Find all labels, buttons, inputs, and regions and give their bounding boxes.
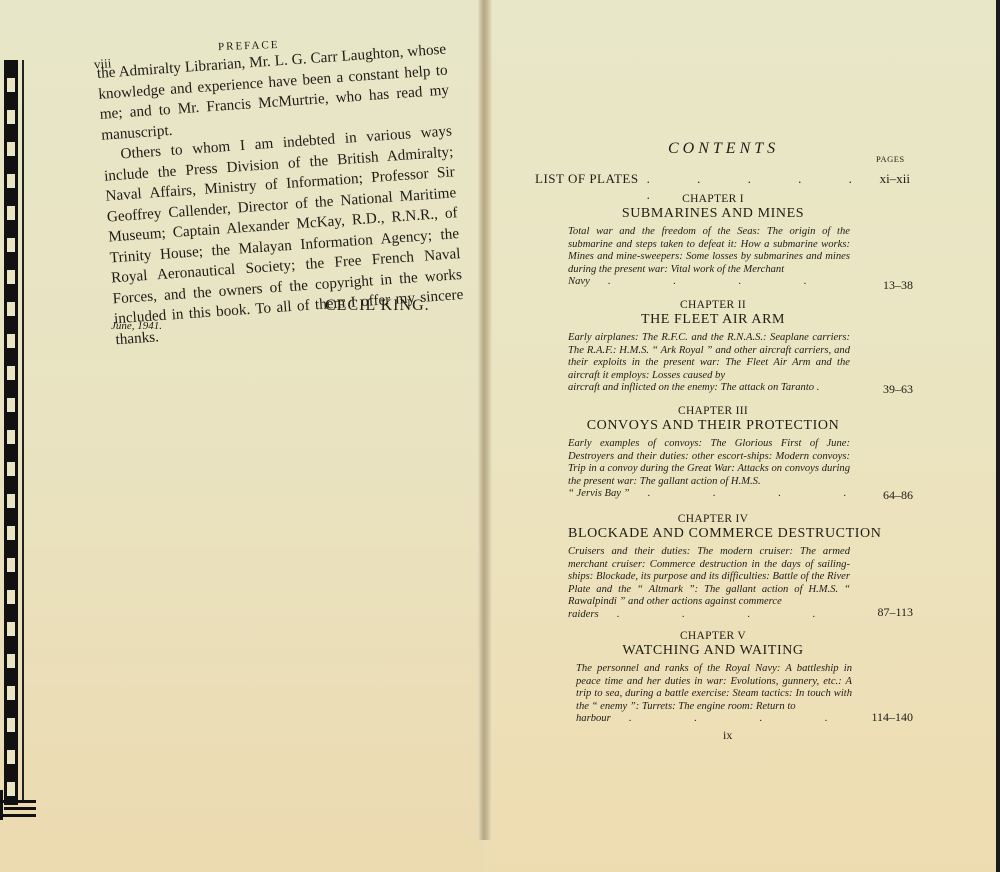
chapter-pages: 114–140 [871,710,913,725]
toc-chapter-5: CHAPTER V WATCHING AND WAITING The perso… [568,630,913,725]
chapter-number: CHAPTER I [568,193,858,205]
toc-chapter-1: CHAPTER I SUBMARINES AND MINES Total war… [568,193,913,293]
author-signature: CECIL KING. [325,297,430,315]
book-gutter [478,0,492,840]
dot-leader: . . . . . . [590,276,850,289]
border-corner-rule [4,807,36,810]
page-number-right: ix [723,728,732,743]
toc-chapter-2: CHAPTER II THE FLEET AIR ARM Early airpl… [568,299,913,397]
page-edge-shadow [996,0,1000,872]
chapter-title: THE FLEET AIR ARM [568,312,858,328]
chapter-title: CONVOYS AND THEIR PROTECTION [568,418,858,434]
chapter-description: Total war and the freedom of the Seas: T… [568,226,850,289]
preface-date: June, 1941. [111,320,162,332]
toc-chapter-3: CHAPTER III CONVOYS AND THEIR PROTECTION… [568,405,913,503]
dot-leader: . . . . . [611,713,852,726]
pages-column-label: PAGES [876,154,905,164]
contents-title: CONTENTS [668,140,779,158]
chapter-pages: 87–113 [877,605,913,620]
chapter-number: CHAPTER III [568,405,858,417]
chapter-pages: 64–86 [883,488,913,503]
checkered-border-strip [4,60,18,805]
chapter-title: SUBMARINES AND MINES [568,206,858,222]
dot-leader [819,382,850,395]
chapter-title: BLOCKADE AND COMMERCE DESTRUCTION [568,526,886,542]
chapter-number: CHAPTER IV [568,513,858,525]
chapter-description: Cruisers and their duties: The modern cr… [568,546,850,622]
chapter-pages: 39–63 [883,382,913,397]
border-rule [22,60,24,800]
chapter-title: WATCHING AND WAITING [568,643,858,659]
border-corner-rule [0,814,36,817]
toc-chapter-4: CHAPTER IV BLOCKADE AND COMMERCE DESTRUC… [568,513,913,620]
chapter-number: CHAPTER V [568,630,858,642]
chapter-description: The personnel and ranks of the Royal Nav… [576,663,852,726]
chapter-number: CHAPTER II [568,299,858,311]
border-corner-rule [0,800,36,803]
dot-leader: . . . . . [630,488,851,501]
preface-paragraph: Others to whom I am indebted in various … [102,121,465,350]
chapter-pages: 13–38 [883,278,913,293]
chapter-description: Early airplanes: The R.F.C. and the R.N.… [568,332,850,395]
chapter-description: Early examples of convoys: The Glorious … [568,438,850,501]
dot-leader: . . . . . . [599,609,850,622]
